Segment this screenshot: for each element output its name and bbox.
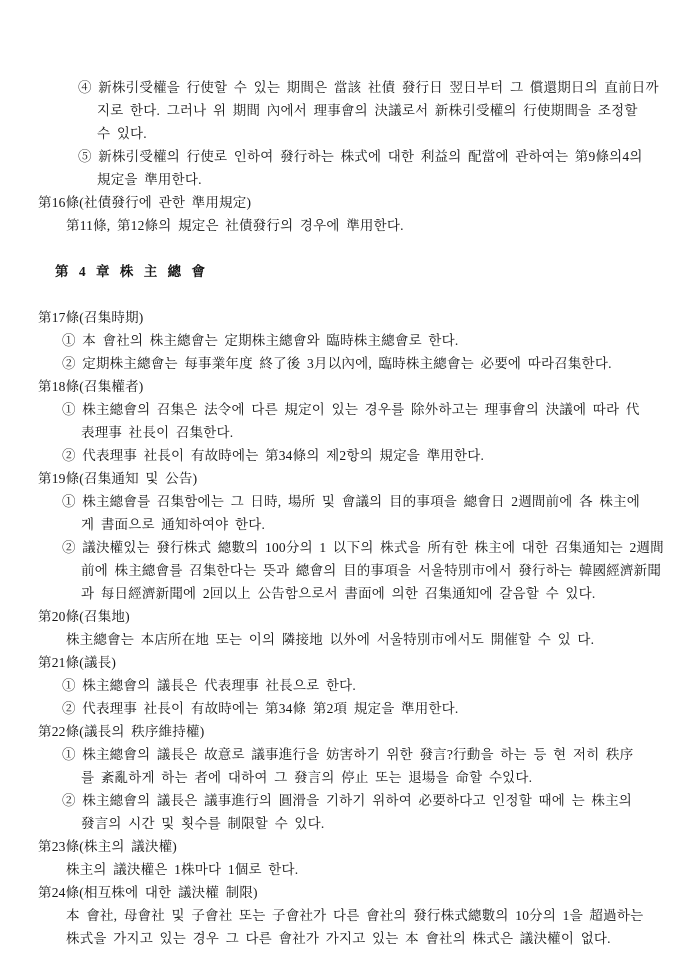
text-line: 本 會社, 母會社 및 子會社 또는 子會社가 다른 會社의 發行株式總數의 1… [66, 904, 644, 927]
text-line: ② 定期株主總會는 每事業年度 終了後 3月以內에, 臨時株主總會는 必要에 따… [81, 352, 644, 375]
text-line: 規定을 準用한다. [97, 168, 644, 191]
article-heading: 第22條(議長의 秩序維持權) [38, 720, 644, 743]
text-line: 株主總會는 本店所在地 또는 이의 隣接地 以外에 서울特別市에서도 開催할 수… [66, 628, 644, 651]
circled-number-marker: ① [62, 333, 76, 348]
numbered-item: ① 本 會社의 株主總會는 定期株主總會와 臨時株主總會로 한다. [38, 329, 644, 352]
article-heading: 第18條(召集權者) [38, 375, 644, 398]
text-line: ① 株主總會의 議長은 故意로 議事進行을 妨害하기 위한 發言?行動을 하는 … [81, 743, 644, 766]
text-line: ② 代表理事 社長이 有故時에는 第34條 第2項 規定을 準用한다. [81, 697, 644, 720]
circled-number-marker: ① [62, 402, 76, 417]
text-line: 發言의 시간 및 횟수를 制限할 수 있다. [81, 812, 644, 835]
article-heading: 第24條(相互株에 대한 議決權 制限) [38, 881, 644, 904]
text-line: 株式을 가지고 있는 경우 그 다른 會社가 가지고 있는 本 會社의 株式은 … [66, 927, 644, 950]
circled-number-marker: ① [62, 678, 76, 693]
circled-number-marker: ② [62, 701, 76, 716]
text-line: ② 議決權있는 發行株式 總數의 100分의 1 以下의 株式을 所有한 株主에… [81, 536, 644, 559]
text-line: 第23條(株主의 議決權) [38, 835, 644, 858]
circled-number-marker: ① [62, 494, 76, 509]
blank-line [38, 237, 644, 260]
text-line: 第21條(議長) [38, 651, 644, 674]
text-line: ④ 新株引受權을 行使할 수 있는 期間은 當該 社債 發行日 翌日부터 그 償… [97, 76, 644, 99]
text-line: 第24條(相互株에 대한 議決權 制限) [38, 881, 644, 904]
blank-line [38, 283, 644, 306]
numbered-item: ⑤ 新株引受權의 行使로 인하여 發行하는 株式에 대한 利益의 配當에 관하여… [38, 145, 644, 191]
circled-number-marker: ⑤ [78, 149, 92, 164]
article-body-paragraph: 株主의 議決權은 1株마다 1個로 한다. [38, 858, 644, 881]
text-line: ① 株主總會를 召集함에는 그 日時, 場所 및 會議의 目的事項을 總會日 2… [81, 490, 644, 513]
article-body-paragraph: 本 會社, 母會社 및 子會社 또는 子會社가 다른 會社의 發行株式總數의 1… [38, 904, 644, 950]
text-line: 表理事 社長이 召集한다. [81, 421, 644, 444]
numbered-item: ② 代表理事 社長이 有故時에는 第34條의 제2항의 規定을 準用한다. [38, 444, 644, 467]
numbered-item: ② 議決權있는 發行株式 總數의 100分의 1 以下의 株式을 所有한 株主에… [38, 536, 644, 605]
text-line: 第11條, 第12條의 規定은 社債發行의 경우에 準用한다. [66, 214, 644, 237]
text-line: 를 紊亂하게 하는 者에 대하여 그 發言의 停止 또는 退場을 命할 수있다. [81, 766, 644, 789]
text-line: 지로 한다. 그러나 위 期間 內에서 理事會의 決議로서 新株引受權의 行使期… [97, 99, 644, 122]
text-line: 第17條(召集時期) [38, 306, 644, 329]
text-line: 株主의 議決權은 1株마다 1個로 한다. [66, 858, 644, 881]
text-line: ① 株主總會의 議長은 代表理事 社長으로 한다. [81, 674, 644, 697]
document-page: ④ 新株引受權을 行使할 수 있는 期間은 當該 社債 發行日 翌日부터 그 償… [0, 0, 680, 962]
text-line: 第20條(召集地) [38, 605, 644, 628]
text-line: ② 代表理事 社長이 有故時에는 第34條의 제2항의 規定을 準用한다. [81, 444, 644, 467]
circled-number-marker: ① [62, 747, 76, 762]
text-line: 게 書面으로 通知하여야 한다. [81, 513, 644, 536]
article-heading: 第23條(株主의 議決權) [38, 835, 644, 858]
article-heading: 第21條(議長) [38, 651, 644, 674]
text-line: 前에 株主總會를 召集한다는 뜻과 總會의 目的事項을 서울特別市에서 發行하는… [81, 559, 644, 582]
text-line: 수 있다. [97, 122, 644, 145]
text-line: 第16條(社債發行에 관한 準用規定) [38, 191, 644, 214]
text-line: ① 本 會社의 株主總會는 定期株主總會와 臨時株主總會로 한다. [81, 329, 644, 352]
article-heading: 第20條(召集地) [38, 605, 644, 628]
numbered-item: ② 株主總會의 議長은 議事進行의 圓滑을 기하기 위하여 必要하다고 인정할 … [38, 789, 644, 835]
numbered-item: ① 株主總會를 召集함에는 그 日時, 場所 및 會議의 目的事項을 總會日 2… [38, 490, 644, 536]
text-line: 과 每日經濟新聞에 2回以上 公告함으로서 書面에 의한 召集通知에 갈음할 수… [81, 582, 644, 605]
numbered-item: ① 株主總會의 召集은 法令에 다른 規定이 있는 경우를 除外하고는 理事會의… [38, 398, 644, 444]
circled-number-marker: ② [62, 793, 76, 808]
numbered-item: ④ 新株引受權을 行使할 수 있는 期間은 當該 社債 發行日 翌日부터 그 償… [38, 76, 644, 145]
text-line: ⑤ 新株引受權의 行使로 인하여 發行하는 株式에 대한 利益의 配當에 관하여… [97, 145, 644, 168]
circled-number-marker: ② [62, 448, 76, 463]
text-line: ① 株主總會의 召集은 法令에 다른 規定이 있는 경우를 除外하고는 理事會의… [81, 398, 644, 421]
circled-number-marker: ② [62, 356, 76, 371]
chapter-heading: 第 4 章 株 主 總 會 [38, 260, 644, 283]
circled-number-marker: ② [62, 540, 76, 555]
article-body-paragraph: 株主總會는 本店所在地 또는 이의 隣接地 以外에 서울特別市에서도 開催할 수… [38, 628, 644, 651]
article-body-paragraph: 第11條, 第12條의 規定은 社債發行의 경우에 準用한다. [38, 214, 644, 237]
article-heading: 第16條(社債發行에 관한 準用規定) [38, 191, 644, 214]
text-line: ② 株主總會의 議長은 議事進行의 圓滑을 기하기 위하여 必要하다고 인정할 … [81, 789, 644, 812]
text-line: 第 4 章 株 主 總 會 [55, 260, 644, 283]
numbered-item: ① 株主總會의 議長은 故意로 議事進行을 妨害하기 위한 發言?行動을 하는 … [38, 743, 644, 789]
circled-number-marker: ④ [78, 80, 92, 95]
text-line: 第18條(召集權者) [38, 375, 644, 398]
numbered-item: ② 代表理事 社長이 有故時에는 第34條 第2項 規定을 準用한다. [38, 697, 644, 720]
text-line: 第19條(召集通知 및 公告) [38, 467, 644, 490]
article-heading: 第17條(召集時期) [38, 306, 644, 329]
numbered-item: ② 定期株主總會는 每事業年度 終了後 3月以內에, 臨時株主總會는 必要에 따… [38, 352, 644, 375]
numbered-item: ① 株主總會의 議長은 代表理事 社長으로 한다. [38, 674, 644, 697]
text-line: 第22條(議長의 秩序維持權) [38, 720, 644, 743]
article-heading: 第19條(召集通知 및 公告) [38, 467, 644, 490]
